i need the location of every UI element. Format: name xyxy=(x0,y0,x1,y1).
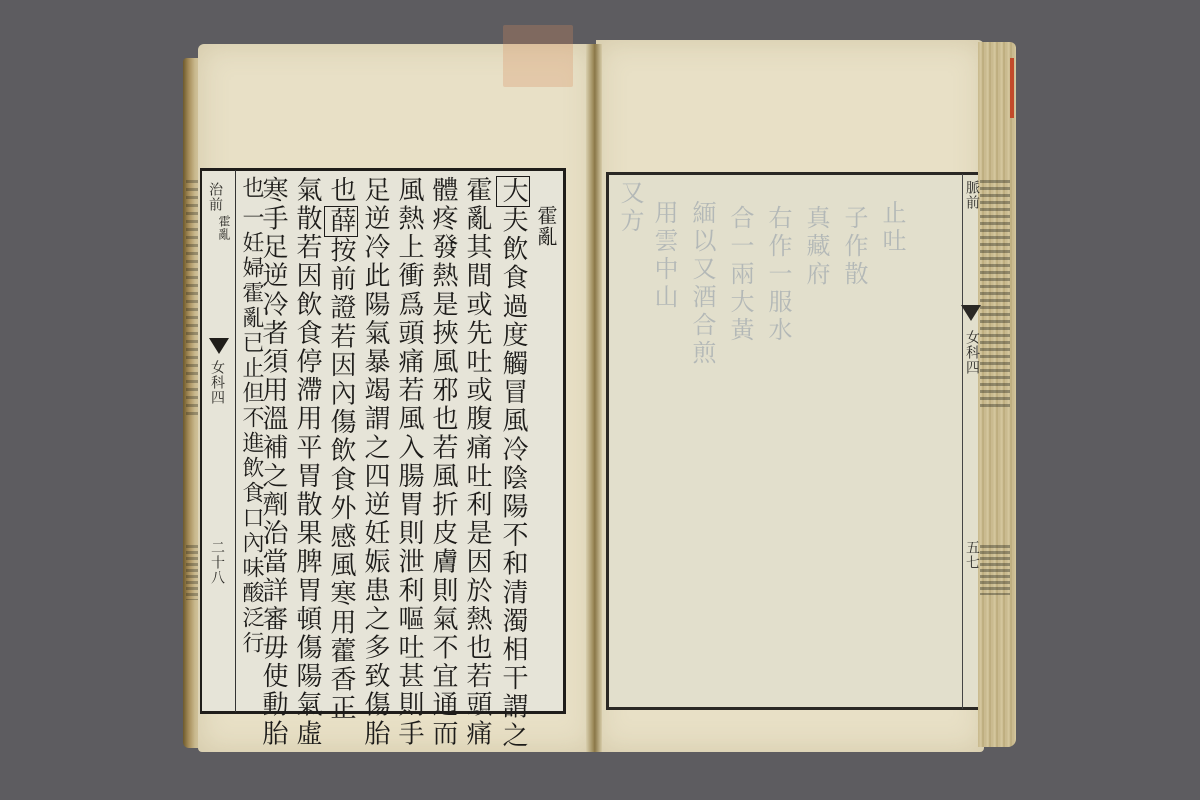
chapter-heading: 霍亂 xyxy=(536,205,556,247)
text-column-5: 足逆冷此陽氣暴竭謂之四逆妊娠患之多致傷胎 xyxy=(362,176,388,748)
ghost-column-5: 右作一服水 xyxy=(766,205,790,345)
fishtail-mark-icon xyxy=(961,305,981,321)
text-column-6b: 薛按前證若因內傷飲食外感風寒用藿香正 xyxy=(328,206,354,723)
right-hanshin-page-number: 五七 xyxy=(965,540,979,570)
left-hanshin-margin xyxy=(202,170,236,712)
collection-seal-stamp xyxy=(503,25,573,87)
ghost-column-7: 子作散 xyxy=(842,205,866,289)
text-column-4: 風熱上衝爲頭痛若風入腸胃則泄利嘔吐甚則手 xyxy=(396,176,422,748)
red-edge-mark xyxy=(1010,58,1014,118)
boxed-char: 薛 xyxy=(324,206,358,237)
ghost-column-3: 緬以又酒合煎 xyxy=(690,200,714,368)
text-column-2: 霍亂其間或先吐或腹痛吐利是因於熱也若頭痛 xyxy=(464,176,490,748)
fishtail-mark-icon xyxy=(209,338,229,354)
text-column-10: 一妊婦霍亂已止但不進飲食口內味酸泛行 xyxy=(240,206,262,656)
book-gutter xyxy=(586,44,602,752)
ghost-column-1: 又方 xyxy=(618,180,642,236)
text-column-9: 也 xyxy=(240,176,262,201)
right-hanshin-margin xyxy=(962,174,982,709)
hanshin-chapter: 霍亂 xyxy=(218,215,230,241)
hanshin-section: 女科四 xyxy=(210,360,224,405)
hanshin-page-number: 二十八 xyxy=(210,540,224,585)
ghost-column-6: 真藏府 xyxy=(804,205,828,289)
ghost-column-8: 止吐 xyxy=(880,200,904,256)
text-column-7: 氣散若因飲食停滯用平胃散果脾胃頓傷陽氣虛 xyxy=(294,176,320,748)
text-column-6: 也 xyxy=(328,176,354,205)
right-hanshin-section: 女科四 xyxy=(965,330,979,375)
right-edge-ink-marks xyxy=(980,180,1010,410)
boxed-char: 大 xyxy=(496,176,530,207)
open-book: 治前 霍亂 女科四 二十八 霍亂 大夫飲食過度觸冒風冷陰陽不和清濁相干謂之 霍亂… xyxy=(0,0,1200,800)
right-edge-ink-marks-lower xyxy=(980,545,1010,595)
text-column-1: 大夫飲食過度觸冒風冷陰陽不和清濁相干謂之 xyxy=(500,176,526,750)
text-column-3: 體疼發熱是挾風邪也若風折皮膚則氣不宜通而 xyxy=(430,176,456,748)
hanshin-title: 治前 xyxy=(208,182,222,212)
ghost-column-4: 合一兩大黃 xyxy=(728,205,752,345)
right-hanshin-title: 脈前 xyxy=(965,180,979,210)
ghost-column-2: 用雲中山 xyxy=(652,200,676,312)
